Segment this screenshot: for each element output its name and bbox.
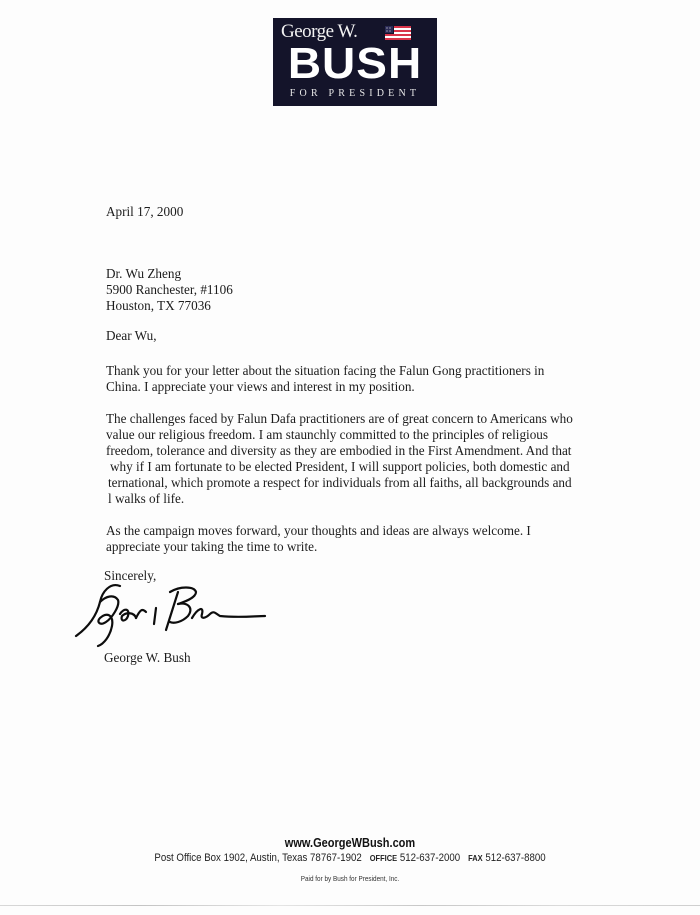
office-label: OFFICE [370,853,397,863]
recipient-address: Dr. Wu Zheng 5900 Ranchester, #1106 Hous… [106,266,233,314]
paragraph-line: l walks of life. [108,491,573,507]
footer-website[interactable]: www.GeorgeWBush.com [42,836,658,850]
bottom-divider [0,905,700,906]
recipient-street: 5900 Ranchester, #1106 [106,282,233,298]
paragraph-line: ternational, which promote a respect for… [108,475,573,491]
signer-name: George W. Bush [104,650,191,666]
paid-for-disclaimer: Paid for by Bush for President, Inc. [53,874,648,883]
paragraph-line: why if I am fortunate to be elected Pres… [110,459,573,475]
footer-address: Post Office Box 1902, Austin, Texas 7876… [154,852,361,864]
paragraph-3: As the campaign moves forward, your thou… [106,523,531,555]
paragraph-line: appreciate your taking the time to write… [106,539,531,555]
paragraph-1: Thank you for your letter about the situ… [106,363,544,395]
paragraph-line: value our religious freedom. I am staunc… [106,427,573,443]
logo-tagline: FOR PRESIDENT [273,88,437,99]
campaign-logo: George W. BUSH FOR PRESIDENT [273,18,437,106]
paragraph-2: The challenges faced by Falun Dafa pract… [106,411,573,507]
paragraph-line: As the campaign moves forward, your thou… [106,523,531,539]
paragraph-line: freedom, tolerance and diversity as they… [106,443,573,459]
fax-phone: 512-637-8800 [485,852,545,864]
letter-date: April 17, 2000 [106,204,183,220]
letter-page: George W. BUSH FOR PRESIDENT April 17, 2… [0,0,700,915]
logo-surname: BUSH [279,41,431,85]
recipient-city: Houston, TX 77036 [106,298,233,314]
fax-label: FAX [468,853,483,863]
recipient-name: Dr. Wu Zheng [106,266,233,282]
paragraph-line: China. I appreciate your views and inter… [106,379,544,395]
paragraph-line: The challenges faced by Falun Dafa pract… [106,411,573,427]
footer-contact: Post Office Box 1902, Austin, Texas 7876… [42,852,658,864]
salutation: Dear Wu, [106,328,157,344]
paragraph-line: Thank you for your letter about the situ… [106,363,544,379]
handwritten-signature-icon [70,578,270,650]
office-phone: 512-637-2000 [400,852,460,864]
